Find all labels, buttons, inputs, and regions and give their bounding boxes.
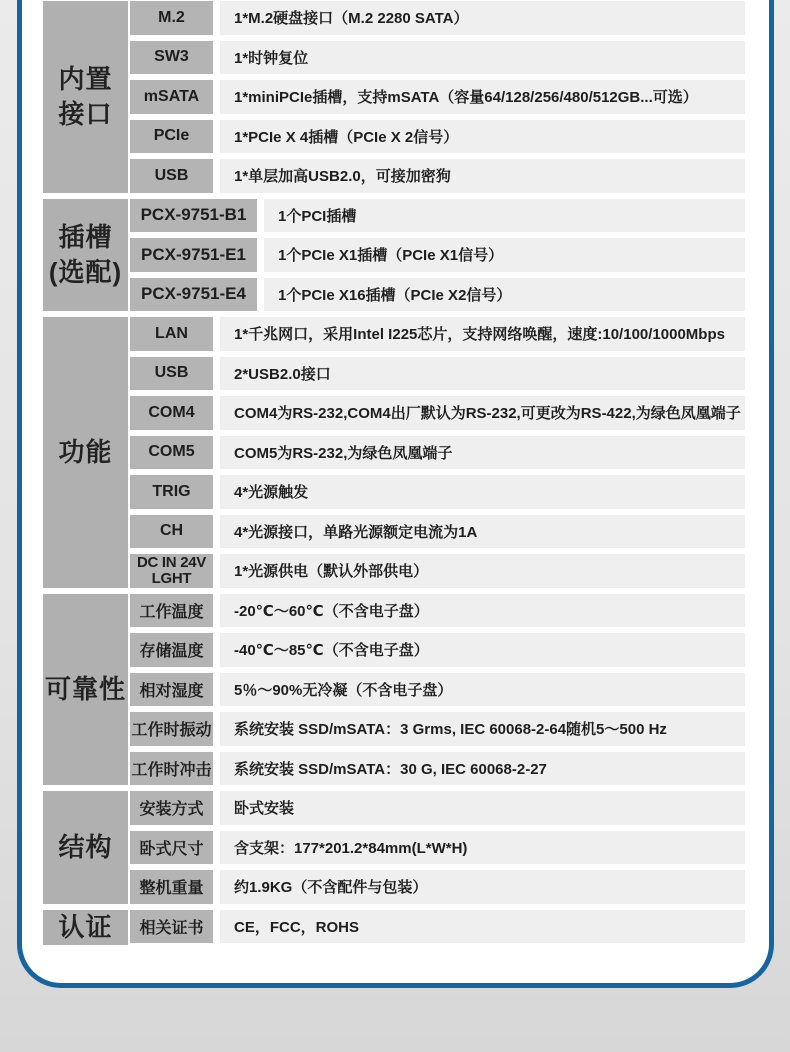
row-value-cell: 5％～90%无冷凝（不含电子盘） <box>220 673 745 707</box>
spec-row: COM5 COM5为RS-232,为绿色凤凰端子 <box>130 436 745 470</box>
section-rows: LAN 1*千兆网口，采用Intel I225芯片，支持网络唤醒，速度:10/1… <box>130 317 745 588</box>
spec-section: 结构 安装方式 卧式安装 卧式尺寸 含支架：177*201.2*84mm(L*W… <box>43 791 745 904</box>
category-cell: 插槽 (选配) <box>43 199 128 312</box>
spec-row: CH 4*光源接口，单路光源额定电流为1A <box>130 515 745 549</box>
row-label-cell: USB <box>130 357 213 391</box>
row-label-cell: 相关证书 <box>130 910 213 944</box>
spec-row: mSATA 1*miniPCIe插槽，支持mSATA（容量64/128/256/… <box>130 80 745 114</box>
spec-section: 功能 LAN 1*千兆网口，采用Intel I225芯片，支持网络唤醒，速度:1… <box>43 317 745 588</box>
spec-row: 相关证书 CE，FCC，ROHS <box>130 910 745 944</box>
spec-section: 可靠性 工作温度 -20℃～60℃（不含电子盘） 存储温度 -40℃～85℃（不… <box>43 594 745 786</box>
spec-card: 内置 接口 M.2 1*M.2硬盘接口（M.2 2280 SATA） SW3 1… <box>17 0 774 988</box>
row-value-cell: 含支架：177*201.2*84mm(L*W*H) <box>220 831 745 865</box>
spec-row: 整机重量 约1.9KG（不含配件与包装） <box>130 870 745 904</box>
spec-row: PCX-9751-B1 1个PCI插槽 <box>130 199 745 233</box>
spec-table: 内置 接口 M.2 1*M.2硬盘接口（M.2 2280 SATA） SW3 1… <box>22 0 769 945</box>
section-rows: M.2 1*M.2硬盘接口（M.2 2280 SATA） SW3 1*时钟复位 … <box>130 1 745 193</box>
category-cell: 结构 <box>43 791 128 904</box>
row-label-cell: 安装方式 <box>130 791 213 825</box>
spec-row: 相对湿度 5％～90%无冷凝（不含电子盘） <box>130 673 745 707</box>
section-rows: 安装方式 卧式安装 卧式尺寸 含支架：177*201.2*84mm(L*W*H)… <box>130 791 745 904</box>
section-rows: PCX-9751-B1 1个PCI插槽 PCX-9751-E1 1个PCIe X… <box>130 199 745 312</box>
row-value-cell: CE，FCC，ROHS <box>220 910 745 944</box>
row-value-cell: 1个PCI插槽 <box>264 199 745 233</box>
row-value-cell: 4*光源接口，单路光源额定电流为1A <box>220 515 745 549</box>
spec-section: 内置 接口 M.2 1*M.2硬盘接口（M.2 2280 SATA） SW3 1… <box>43 1 745 193</box>
row-label-cell: M.2 <box>130 1 213 35</box>
row-label-cell: 整机重量 <box>130 870 213 904</box>
row-value-cell: 卧式安装 <box>220 791 745 825</box>
row-label-cell: DC IN 24V LGHT <box>130 554 213 588</box>
row-label-cell: COM5 <box>130 436 213 470</box>
row-value-cell: -20℃～60℃（不含电子盘） <box>220 594 745 628</box>
row-label-cell: SW3 <box>130 41 213 75</box>
spec-row: 工作温度 -20℃～60℃（不含电子盘） <box>130 594 745 628</box>
spec-row: PCIe 1*PCIe X 4插槽（PCIe X 2信号） <box>130 120 745 154</box>
row-value-cell: 1个PCIe X1插槽（PCIe X1信号） <box>264 238 745 272</box>
spec-section: 插槽 (选配) PCX-9751-B1 1个PCI插槽 PCX-9751-E1 … <box>43 199 745 312</box>
spec-row: TRIG 4*光源触发 <box>130 475 745 509</box>
spec-row: USB 1*单层加高USB2.0，可接加密狗 <box>130 159 745 193</box>
row-value-cell: 1*时钟复位 <box>220 41 745 75</box>
spec-row: SW3 1*时钟复位 <box>130 41 745 75</box>
row-label-cell: 存储温度 <box>130 633 213 667</box>
row-label-cell: PCX-9751-E1 <box>130 238 257 272</box>
spec-row: USB 2*USB2.0接口 <box>130 357 745 391</box>
row-value-cell: COM4为RS-232,COM4出厂默认为RS-232,可更改为RS-422,为… <box>220 396 745 430</box>
row-value-cell: 1*千兆网口，采用Intel I225芯片，支持网络唤醒，速度:10/100/1… <box>220 317 745 351</box>
row-value-cell: -40℃～85℃（不含电子盘） <box>220 633 745 667</box>
spec-row: DC IN 24V LGHT 1*光源供电（默认外部供电） <box>130 554 745 588</box>
row-value-cell: 2*USB2.0接口 <box>220 357 745 391</box>
row-label-cell: 相对湿度 <box>130 673 213 707</box>
category-cell: 内置 接口 <box>43 1 128 193</box>
spec-row: LAN 1*千兆网口，采用Intel I225芯片，支持网络唤醒，速度:10/1… <box>130 317 745 351</box>
row-label-cell: 工作时振动 <box>130 712 213 746</box>
row-label-cell: CH <box>130 515 213 549</box>
spec-row: 工作时冲击 系统安装 SSD/mSATA：30 G, IEC 60068-2-2… <box>130 752 745 786</box>
spec-row: 存储温度 -40℃～85℃（不含电子盘） <box>130 633 745 667</box>
row-label-cell: mSATA <box>130 80 213 114</box>
row-label-cell: 卧式尺寸 <box>130 831 213 865</box>
spec-row: 卧式尺寸 含支架：177*201.2*84mm(L*W*H) <box>130 831 745 865</box>
row-value-cell: 1*单层加高USB2.0，可接加密狗 <box>220 159 745 193</box>
row-label-cell: 工作时冲击 <box>130 752 213 786</box>
category-cell: 可靠性 <box>43 594 128 786</box>
spec-section: 认证 相关证书 CE，FCC，ROHS <box>43 910 745 945</box>
row-label-cell: USB <box>130 159 213 193</box>
spec-row: COM4 COM4为RS-232,COM4出厂默认为RS-232,可更改为RS-… <box>130 396 745 430</box>
section-rows: 工作温度 -20℃～60℃（不含电子盘） 存储温度 -40℃～85℃（不含电子盘… <box>130 594 745 786</box>
row-label-cell: PCX-9751-E4 <box>130 278 257 312</box>
row-label-cell: COM4 <box>130 396 213 430</box>
category-cell: 功能 <box>43 317 128 588</box>
spec-row: 安装方式 卧式安装 <box>130 791 745 825</box>
row-value-cell: 1*M.2硬盘接口（M.2 2280 SATA） <box>220 1 745 35</box>
spec-row: M.2 1*M.2硬盘接口（M.2 2280 SATA） <box>130 1 745 35</box>
row-value-cell: 系统安装 SSD/mSATA：30 G, IEC 60068-2-27 <box>220 752 745 786</box>
spec-row: PCX-9751-E1 1个PCIe X1插槽（PCIe X1信号） <box>130 238 745 272</box>
category-cell: 认证 <box>43 910 128 945</box>
row-value-cell: 1*PCIe X 4插槽（PCIe X 2信号） <box>220 120 745 154</box>
row-value-cell: 1个PCIe X16插槽（PCIe X2信号） <box>264 278 745 312</box>
section-rows: 相关证书 CE，FCC，ROHS <box>130 910 745 945</box>
row-label-cell: PCX-9751-B1 <box>130 199 257 233</box>
row-value-cell: 约1.9KG（不含配件与包装） <box>220 870 745 904</box>
row-value-cell: 1*光源供电（默认外部供电） <box>220 554 745 588</box>
row-label-cell: PCIe <box>130 120 213 154</box>
row-label-cell: 工作温度 <box>130 594 213 628</box>
row-label-cell: LAN <box>130 317 213 351</box>
row-value-cell: 4*光源触发 <box>220 475 745 509</box>
row-value-cell: COM5为RS-232,为绿色凤凰端子 <box>220 436 745 470</box>
row-label-cell: TRIG <box>130 475 213 509</box>
row-value-cell: 1*miniPCIe插槽，支持mSATA（容量64/128/256/480/51… <box>220 80 745 114</box>
spec-row: PCX-9751-E4 1个PCIe X16插槽（PCIe X2信号） <box>130 278 745 312</box>
spec-row: 工作时振动 系统安装 SSD/mSATA：3 Grms, IEC 60068-2… <box>130 712 745 746</box>
row-value-cell: 系统安装 SSD/mSATA：3 Grms, IEC 60068-2-64随机5… <box>220 712 745 746</box>
